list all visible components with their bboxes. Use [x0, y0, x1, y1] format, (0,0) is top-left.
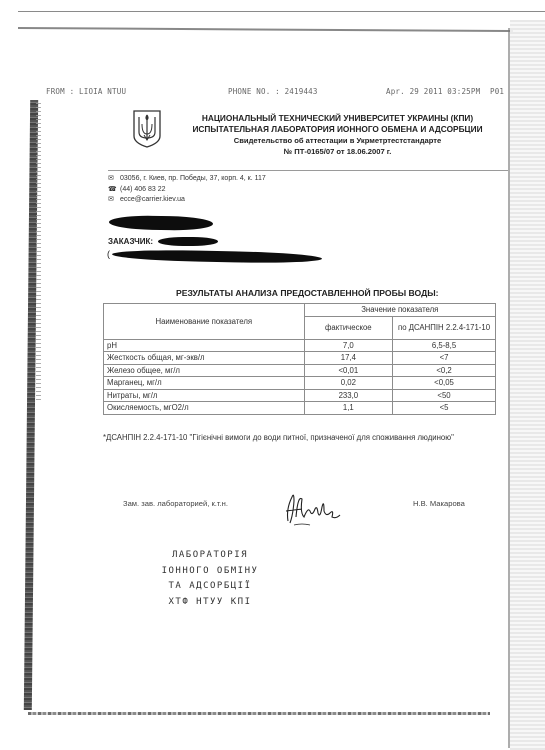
- indicator-name: Жесткость общая, мг-экв/л: [104, 352, 305, 365]
- fax-page: P01: [490, 87, 504, 96]
- fax-border-bottom: [28, 712, 490, 715]
- table-row: Нитраты, мг/л 233,0 <50: [104, 389, 496, 402]
- results-title: РЕЗУЛЬТАТЫ АНАЛИЗА ПРЕДОСТАВЛЕННОЙ ПРОБЫ…: [176, 288, 439, 298]
- email: ecce@carrier.kiev.ua: [120, 196, 185, 203]
- fax-noise-left: [36, 100, 41, 400]
- standard-footnote: *ДСАНПІН 2.2.4-171-10 "Гігієнічні вимоги…: [103, 433, 483, 443]
- ukraine-trident-emblem-icon: [133, 110, 161, 148]
- handwritten-signature-icon: [282, 487, 344, 529]
- open-paren: (: [107, 249, 110, 259]
- stamp-line: ЛАБОРАТОРІЯ: [150, 548, 270, 564]
- phone-icon: ☎: [108, 185, 120, 196]
- norm-value: <7: [393, 352, 496, 365]
- laboratory-name: ИСПЫТАТЕЛЬНАЯ ЛАБОРАТОРИЯ ИОННОГО ОБМЕНА…: [180, 124, 495, 135]
- actual-value: <0,01: [304, 364, 392, 377]
- certificate-number: № ПТ-0165/07 от 18.06.2007 г.: [180, 146, 495, 157]
- fax-border-top-inner: [18, 27, 513, 32]
- letterhead: НАЦИОНАЛЬНЫЙ ТЕХНИЧЕСКИЙ УНИВЕРСИТЕТ УКР…: [180, 113, 495, 157]
- indicator-name: Нитраты, мг/л: [104, 389, 305, 402]
- fax-from: FROM : LIOIA NTUU: [46, 87, 126, 96]
- actual-value: 233,0: [304, 389, 392, 402]
- actual-value: 17,4: [304, 352, 392, 365]
- indicator-name: pH: [104, 339, 305, 352]
- fax-scan-shade: [510, 20, 545, 750]
- fax-phone: PHONE NO. : 2419443: [228, 87, 318, 96]
- signatory-name: Н.В. Макарова: [413, 499, 465, 508]
- indicator-name: Марганец, мг/л: [104, 377, 305, 390]
- fax-datetime: Apr. 29 2011 03:25PM: [386, 87, 480, 96]
- university-name: НАЦИОНАЛЬНЫЙ ТЕХНИЧЕСКИЙ УНИВЕРСИТЕТ УКР…: [180, 113, 495, 124]
- phone: (44) 406 83 22: [120, 186, 166, 193]
- laboratory-stamp: ЛАБОРАТОРІЯ ІОННОГО ОБМІНУ ТА АДСОРБЦІЇ …: [150, 548, 270, 610]
- contacts-block: ✉03056, г. Киев, пр. Победы, 37, корп. 4…: [108, 174, 266, 206]
- certificate-text: Свидетельство об аттестации в Укрметртес…: [180, 135, 495, 146]
- mail-icon: ✉: [108, 174, 120, 185]
- actual-value: 0,02: [304, 377, 392, 390]
- norm-value: <0,05: [393, 377, 496, 390]
- fax-border-right: [508, 28, 510, 748]
- letterhead-divider: [108, 170, 508, 171]
- actual-value: 7,0: [304, 339, 392, 352]
- email-icon: ✉: [108, 195, 120, 206]
- address: 03056, г. Киев, пр. Победы, 37, корп. 4,…: [120, 175, 266, 182]
- table-row: Железо общее, мг/л <0,01 <0,2: [104, 364, 496, 377]
- table-row: Марганец, мг/л 0,02 <0,05: [104, 377, 496, 390]
- table-row: Окисляемость, мгО2/л 1,1 <5: [104, 402, 496, 415]
- norm-value: 6,5-8,5: [393, 339, 496, 352]
- header-indicator-name: Наименование показателя: [104, 304, 305, 340]
- norm-value: <0,2: [393, 364, 496, 377]
- stamp-line: ХТФ НТУУ КПІ: [150, 595, 270, 611]
- norm-value: <50: [393, 389, 496, 402]
- redacted-block: [109, 215, 213, 231]
- stamp-line: ТА АДСОРБЦІЇ: [150, 579, 270, 595]
- header-norm: по ДСАНПІН 2.2.4-171-10: [393, 316, 496, 339]
- header-actual: фактическое: [304, 316, 392, 339]
- results-table: Наименование показателя Значение показат…: [103, 303, 496, 415]
- actual-value: 1,1: [304, 402, 392, 415]
- redacted-customer-name: [158, 237, 218, 246]
- signatory-title: Зам. зав. лабораторией, к.т.н.: [123, 499, 228, 508]
- stamp-line: ІОННОГО ОБМІНУ: [150, 564, 270, 580]
- indicator-name: Окисляемость, мгО2/л: [104, 402, 305, 415]
- indicator-name: Железо общее, мг/л: [104, 364, 305, 377]
- fax-border-top: [18, 11, 545, 12]
- norm-value: <5: [393, 402, 496, 415]
- customer-label: ЗАКАЗЧИК:: [108, 237, 153, 246]
- table-row: Жесткость общая, мг-экв/л 17,4 <7: [104, 352, 496, 365]
- header-value-group: Значение показателя: [304, 304, 495, 317]
- redacted-customer-address: [112, 249, 322, 264]
- table-row: pH 7,0 6,5-8,5: [104, 339, 496, 352]
